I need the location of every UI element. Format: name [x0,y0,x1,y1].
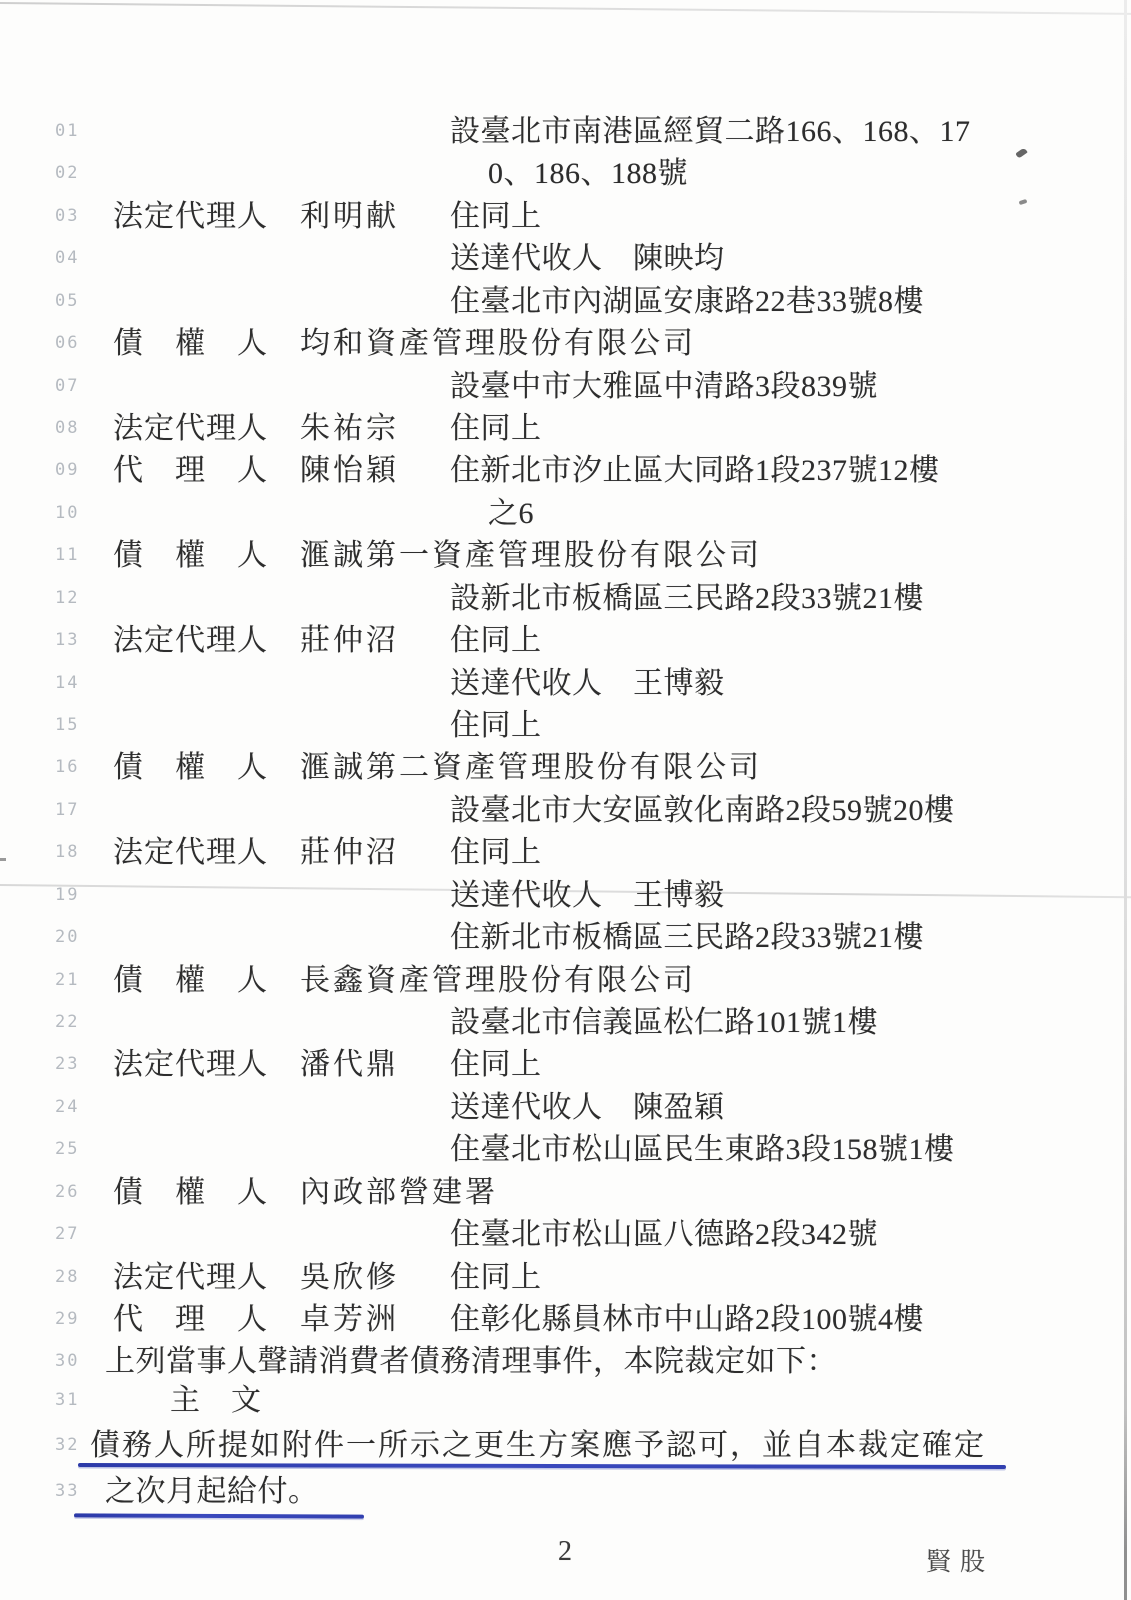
address-text: 住同上 [450,834,542,872]
line-number: 03 [55,206,79,226]
line-number: 28 [55,1267,79,1287]
line-number: 25 [55,1139,79,1159]
line-number: 05 [55,291,79,311]
party-name: 卓芳洲 [300,1301,399,1339]
doc-line-12: 12設新北市板橋區三民路2段33號21樓 [0,580,1131,620]
party-role-label: 債 權 人 [113,537,268,575]
line-number: 20 [55,927,79,947]
clerk-section-stamp: 賢股 [926,1542,994,1578]
doc-line-01: 01設臺北市南港區經貿二路166、168、17 [0,113,1131,153]
doc-line-07: 07設臺中市大雅區中清路3段839號 [0,368,1131,408]
doc-line-25: 25住臺北市松山區民生東路3段158號1樓 [0,1131,1131,1171]
line-number: 06 [55,333,79,353]
line-number: 21 [55,970,79,990]
doc-line-29: 29代 理 人卓芳洲住彰化縣員林市中山路2段100號4樓 [0,1301,1131,1341]
address-text: 設臺北市南港區經貿二路166、168、17 [450,113,971,151]
party-role-label: 代 理 人 [113,1301,268,1339]
doc-line-33: 33之次月起給付。 [0,1473,1131,1513]
line-number: 11 [55,545,79,565]
address-text: 住同上 [450,622,542,660]
main-text-heading: 主 文 [170,1382,262,1420]
scan-artifact-top-line [0,2,1131,15]
line-number: 04 [55,248,79,268]
party-name: 陳怡穎 [300,452,399,490]
line-number: 24 [55,1097,79,1117]
doc-line-31: 31主 文 [0,1382,1131,1422]
address-text: 之6 [488,495,534,533]
party-role-label: 法定代理人 [113,1046,268,1084]
doc-line-03: 03法定代理人利明献住同上 [0,198,1131,238]
address-text: 住同上 [450,1046,542,1084]
pen-underline-ruling-line-1 [78,1463,1006,1469]
line-number: 27 [55,1224,79,1244]
party-role-label: 法定代理人 [113,1259,268,1297]
address-text: 送達代收人 王博毅 [450,877,725,915]
line-number: 18 [55,842,79,862]
party-role-label: 債 權 人 [113,1174,268,1212]
party-name: 滙誠第一資產管理股份有限公司 [300,537,762,575]
party-role-label: 債 權 人 [113,325,268,363]
line-number: 19 [55,885,79,905]
address-text: 設新北市板橋區三民路2段33號21樓 [450,580,924,618]
address-text: 住同上 [450,198,542,236]
doc-line-26: 26債 權 人內政部營建署 [0,1174,1131,1214]
line-number: 22 [55,1012,79,1032]
doc-line-11: 11債 權 人滙誠第一資產管理股份有限公司 [0,537,1131,577]
line-number: 30 [55,1351,79,1371]
party-role-label: 債 權 人 [113,749,268,787]
address-text: 住同上 [450,410,542,448]
doc-line-05: 05住臺北市內湖區安康路22巷33號8樓 [0,283,1131,323]
party-name: 長鑫資產管理股份有限公司 [300,962,696,1000]
address-text: 送達代收人 陳映均 [450,240,725,278]
party-name: 內政部營建署 [300,1174,498,1212]
party-name: 吳欣修 [300,1259,399,1297]
line-number: 32 [55,1435,79,1455]
line-number: 15 [55,715,79,735]
line-number: 14 [55,673,79,693]
page-number: 2 [558,1536,572,1568]
line-number: 16 [55,757,79,777]
line-number: 01 [55,121,79,141]
doc-line-13: 13法定代理人莊仲沼住同上 [0,622,1131,662]
line-number: 17 [55,800,79,820]
doc-line-15: 15住同上 [0,707,1131,747]
line-number: 02 [55,163,79,183]
party-name: 莊仲沼 [300,622,399,660]
pen-underline-ruling-line-2 [74,1513,364,1518]
doc-line-20: 20住新北市板橋區三民路2段33號21樓 [0,919,1131,959]
party-role-label: 代 理 人 [113,452,268,490]
address-text: 住臺北市松山區民生東路3段158號1樓 [450,1131,955,1169]
party-name: 潘代鼎 [300,1046,399,1084]
address-text: 住新北市汐止區大同路1段237號12樓 [450,452,940,490]
line-number: 13 [55,630,79,650]
party-name: 利明献 [300,198,399,236]
party-name: 滙誠第二資產管理股份有限公司 [300,749,762,787]
ruling-main-text: 之次月起給付。 [105,1473,319,1511]
doc-line-17: 17設臺北市大安區敦化南路2段59號20樓 [0,792,1131,832]
address-text: 住同上 [450,1259,542,1297]
line-number: 33 [55,1481,79,1501]
address-text: 設臺中市大雅區中清路3段839號 [450,368,878,406]
line-number: 08 [55,418,79,438]
address-text: 住臺北市內湖區安康路22巷33號8樓 [450,283,924,321]
line-number: 12 [55,588,79,608]
doc-line-16: 16債 權 人滙誠第二資產管理股份有限公司 [0,749,1131,789]
line-number: 29 [55,1309,79,1329]
doc-line-22: 22設臺北市信義區松仁路101號1樓 [0,1004,1131,1044]
line-number: 26 [55,1182,79,1202]
doc-line-06: 06債 權 人均和資產管理股份有限公司 [0,325,1131,365]
party-role-label: 法定代理人 [113,198,268,236]
address-text: 住臺北市松山區八德路2段342號 [450,1216,878,1254]
party-role-label: 法定代理人 [113,834,268,872]
party-role-label: 法定代理人 [113,622,268,660]
line-number: 23 [55,1054,79,1074]
doc-line-24: 24送達代收人 陳盈穎 [0,1089,1131,1129]
party-role-label: 法定代理人 [113,410,268,448]
doc-line-23: 23法定代理人潘代鼎住同上 [0,1046,1131,1086]
line-number: 31 [55,1390,79,1410]
address-text: 0、186、188號 [488,155,688,193]
doc-line-32: 32債務人所提如附件一所示之更生方案應予認可，並自本裁定確定 [0,1427,1131,1467]
ruling-intro-text: 上列當事人聲請消費者債務清理事件，本院裁定如下： [105,1343,837,1381]
doc-line-09: 09代 理 人陳怡穎住新北市汐止區大同路1段237號12樓 [0,452,1131,492]
doc-line-08: 08法定代理人朱祐宗住同上 [0,410,1131,450]
address-text: 設臺北市大安區敦化南路2段59號20樓 [450,792,955,830]
doc-line-21: 21債 權 人長鑫資產管理股份有限公司 [0,962,1131,1002]
doc-line-28: 28法定代理人吳欣修住同上 [0,1259,1131,1299]
doc-line-30: 30上列當事人聲請消費者債務清理事件，本院裁定如下： [0,1343,1131,1383]
doc-line-18: 18法定代理人莊仲沼住同上 [0,834,1131,874]
line-number: 09 [55,460,79,480]
doc-line-14: 14送達代收人 王博毅 [0,665,1131,705]
doc-line-27: 27住臺北市松山區八德路2段342號 [0,1216,1131,1256]
address-text: 住新北市板橋區三民路2段33號21樓 [450,919,924,957]
party-name: 莊仲沼 [300,834,399,872]
ruling-main-text: 債務人所提如附件一所示之更生方案應予認可，並自本裁定確定 [90,1427,986,1465]
party-name: 朱祐宗 [300,410,399,448]
line-number: 10 [55,503,79,523]
address-text: 住彰化縣員林市中山路2段100號4樓 [450,1301,924,1339]
address-text: 送達代收人 陳盈穎 [450,1089,725,1127]
doc-line-10: 10之6 [0,495,1131,535]
address-text: 設臺北市信義區松仁路101號1樓 [450,1004,878,1042]
party-name: 均和資產管理股份有限公司 [300,325,696,363]
scanned-document-page: 01設臺北市南港區經貿二路166、168、17 020、186、188號 03法… [0,0,1131,1600]
line-number: 07 [55,376,79,396]
address-text: 送達代收人 王博毅 [450,665,725,703]
address-text: 住同上 [450,707,542,745]
doc-line-19: 19送達代收人 王博毅 [0,877,1131,917]
party-role-label: 債 權 人 [113,962,268,1000]
doc-line-04: 04送達代收人 陳映均 [0,240,1131,280]
doc-line-02: 020、186、188號 [0,155,1131,195]
